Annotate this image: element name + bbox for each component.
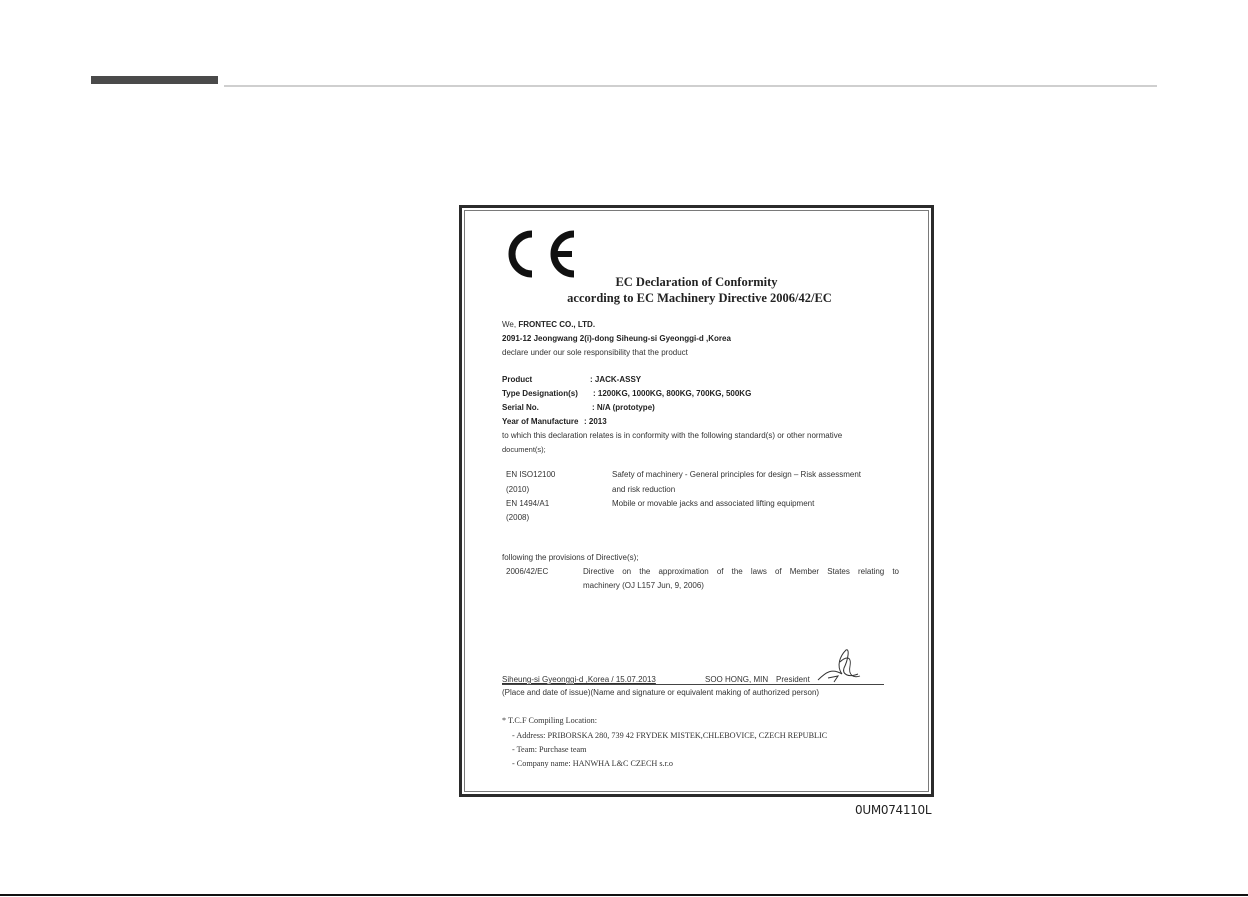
- standard-code: EN 1494/A1: [506, 499, 549, 508]
- directive-code: 2006/42/EC: [506, 567, 548, 576]
- directive-description-cont: machinery (OJ L157 Jun, 9, 2006): [583, 581, 704, 590]
- standard-description: Mobile or movable jacks and associated l…: [612, 499, 814, 508]
- document-title: EC Declaration of Conformity: [462, 275, 931, 290]
- signature-caption: (Place and date of issue)(Name and signa…: [502, 688, 819, 697]
- declaration-document: EC Declaration of Conformity according t…: [462, 208, 931, 794]
- serial-no-label: Serial No.: [502, 403, 539, 412]
- serial-no-value: : N/A (prototype): [592, 403, 655, 412]
- directive-description: Directive on the approximation of the la…: [583, 567, 899, 576]
- conformity-statement-cont: document(s);: [502, 445, 546, 454]
- page-bottom-rule: [0, 894, 1248, 896]
- signature-line: [502, 684, 884, 685]
- declaration-document-frame: EC Declaration of Conformity according t…: [459, 205, 934, 797]
- signature-icon: [814, 646, 864, 686]
- standard-year: (2010): [506, 485, 529, 494]
- signatory-name: SOO HONG, MIN: [705, 675, 768, 684]
- type-designation-label: Type Designation(s): [502, 389, 578, 398]
- ce-mark-icon: [502, 228, 582, 280]
- product-label: Product: [502, 375, 532, 384]
- tcf-team: - Team: Purchase team: [512, 745, 587, 754]
- tcf-address: - Address: PRIBORSKA 280, 739 42 FRYDEK …: [512, 731, 827, 740]
- tcf-company: - Company name: HANWHA L&C CZECH s.r.o: [512, 759, 673, 768]
- section-header-rule: [224, 85, 1157, 87]
- conformity-statement: to which this declaration relates is in …: [502, 431, 842, 440]
- year-value: : 2013: [584, 417, 607, 426]
- responsibility-statement: declare under our sole responsibility th…: [502, 348, 688, 357]
- document-subtitle: according to EC Machinery Directive 2006…: [465, 291, 934, 306]
- standard-description: Safety of machinery - General principles…: [612, 470, 861, 479]
- type-designation-value: : 1200KG, 1000KG, 800KG, 700KG, 500KG: [593, 389, 751, 398]
- standard-description-cont: and risk reduction: [612, 485, 675, 494]
- we-prefix: We,: [502, 320, 516, 329]
- product-value: : JACK-ASSY: [590, 375, 641, 384]
- manufacturer-line: We, FRONTEC CO., LTD.: [502, 320, 595, 329]
- directive-heading: following the provisions of Directive(s)…: [502, 553, 639, 562]
- signatory-title: President: [776, 675, 810, 684]
- signature-place-date: Siheung-si Gyeonggi-d ,Korea / 15.07.201…: [502, 675, 656, 684]
- tcf-heading: * T.C.F Compiling Location:: [502, 716, 597, 725]
- year-label: Year of Manufacture: [502, 417, 578, 426]
- manufacturer-name: FRONTEC CO., LTD.: [518, 320, 595, 329]
- section-header-bar: [91, 76, 218, 84]
- figure-code-label: 0UM074110L: [855, 803, 931, 817]
- standard-year: (2008): [506, 513, 529, 522]
- standard-code: EN ISO12100: [506, 470, 555, 479]
- manufacturer-address: 2091-12 Jeongwang 2(i)-dong Siheung-si G…: [502, 334, 731, 343]
